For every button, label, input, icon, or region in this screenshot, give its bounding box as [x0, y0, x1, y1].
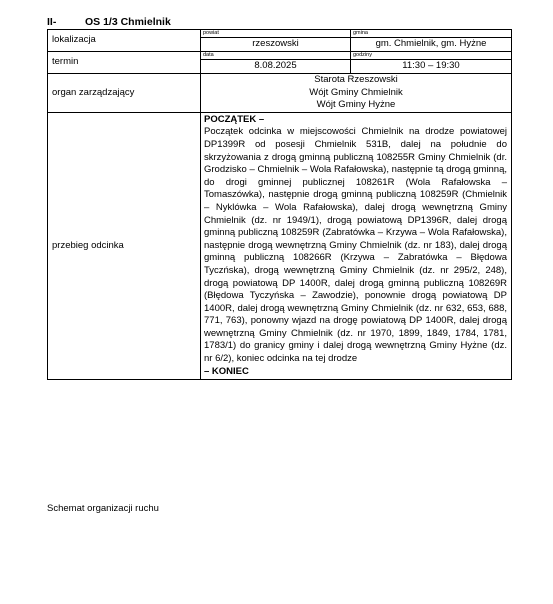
- przebieg-label: przebieg odcinka: [48, 112, 201, 379]
- powiat-label: powiat: [201, 30, 351, 38]
- route-description: Początek odcinka w miejscowości Chmielni…: [204, 126, 507, 365]
- info-table: lokalizacja powiat gmina rzeszowski gm. …: [47, 29, 512, 380]
- lokalizacja-label: lokalizacja: [48, 30, 201, 52]
- godziny-label: godziny: [351, 52, 512, 60]
- organ-line: Wójt Gminy Hyżne: [205, 99, 507, 112]
- gmina-label: gmina: [351, 30, 512, 38]
- przebieg-value: POCZĄTEK – Początek odcinka w miejscowoś…: [201, 112, 512, 379]
- powiat-value: rzeszowski: [201, 38, 351, 52]
- organ-label: organ zarządzający: [48, 74, 201, 113]
- section-title: OS 1/3 Chmielnik: [85, 16, 171, 28]
- data-label: data: [201, 52, 351, 60]
- gmina-value: gm. Chmielnik, gm. Hyżne: [351, 38, 512, 52]
- organ-line: Wójt Gminy Chmielnik: [205, 87, 507, 100]
- organ-line: Starota Rzeszowski: [205, 74, 507, 87]
- termin-label: termin: [48, 52, 201, 74]
- data-value: 8.08.2025: [201, 60, 351, 74]
- godziny-value: 11:30 – 19:30: [351, 60, 512, 74]
- organ-value: Starota Rzeszowski Wójt Gminy Chmielnik …: [201, 74, 512, 113]
- route-end: – KONIEC: [204, 366, 507, 379]
- section-number: II-: [47, 16, 85, 28]
- traffic-scheme-caption: Schemat organizacji ruchu: [47, 503, 159, 515]
- section-heading: II-OS 1/3 Chmielnik: [47, 16, 171, 28]
- route-start: POCZĄTEK –: [204, 114, 507, 127]
